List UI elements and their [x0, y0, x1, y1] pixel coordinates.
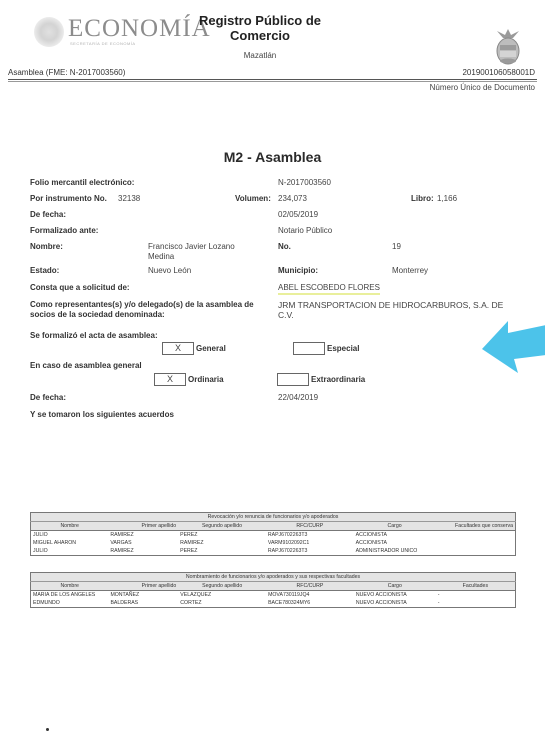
- col-header: Segundo apellido: [178, 582, 266, 591]
- folio-label: Folio mercantil electrónico:: [30, 178, 134, 187]
- cell-primer-apellido: BALDERAS: [108, 599, 178, 608]
- col-header: Segundo apellido: [178, 522, 266, 531]
- assembly-reference: Asamblea (FME: N-2017003560): [8, 68, 125, 77]
- scan-speck: [46, 728, 49, 731]
- col-header: Primer apellido: [108, 582, 178, 591]
- formalizado-label: Formalizado ante:: [30, 226, 98, 235]
- cell-segundo-apellido: PEREZ: [178, 547, 266, 556]
- cell-cargo: NUEVO ACCIONISTA: [354, 591, 436, 600]
- cell-nombre: MARIA DE LOS ANGELES: [31, 591, 109, 600]
- fecha-label: De fecha:: [30, 210, 66, 219]
- general-checkbox[interactable]: X: [162, 342, 194, 355]
- cell-facultades: [436, 531, 516, 540]
- estado-value: Nuevo León: [148, 266, 191, 275]
- sinaloa-state-seal-icon: [493, 25, 523, 65]
- fecha-value: 02/05/2019: [278, 210, 318, 219]
- cell-rfc: MOVA730119JQ4: [266, 591, 354, 600]
- col-header: Facultades que conserva: [436, 522, 516, 531]
- table-row: JULIO RAMIREZ PEREZ RAPJ6702263T3 ACCION…: [31, 531, 516, 540]
- cell-primer-apellido: RAMIREZ: [108, 547, 178, 556]
- header-divider: [8, 79, 537, 80]
- city-label: Mazatlán: [190, 51, 330, 60]
- cell-facultades: -: [436, 591, 516, 600]
- nombre-value-line2: Medina: [148, 252, 174, 261]
- cell-facultades: [436, 547, 516, 556]
- col-header: Nombre: [31, 522, 109, 531]
- document-number: 201900106058001D: [462, 68, 535, 77]
- municipio-label: Municipio:: [278, 266, 318, 275]
- solicitud-label: Consta que a solicitud de:: [30, 283, 130, 292]
- registry-title: Registro Público de Comercio: [190, 13, 330, 43]
- libro-label: Libro:: [411, 194, 434, 203]
- revocacion-table-header: Nombre Primer apellido Segundo apellido …: [31, 522, 516, 531]
- nombramiento-table-caption: Nombramiento de funcionarios y/o apodera…: [31, 573, 516, 582]
- cell-nombre: MIGUEL AHARON: [31, 539, 109, 547]
- section-title: M2 - Asamblea: [0, 149, 545, 165]
- folio-value: N-2017003560: [278, 178, 331, 187]
- volumen-value: 234,073: [278, 194, 307, 203]
- blue-arrow-annotation-icon: [478, 315, 545, 375]
- fecha2-value: 22/04/2019: [278, 393, 318, 402]
- cell-nombre: EDMUNDO: [31, 599, 109, 608]
- col-header: Primer apellido: [108, 522, 178, 531]
- cell-rfc: BACE780324MY6: [266, 599, 354, 608]
- nombre-value-line1: Francisco Javier Lozano: [148, 242, 235, 251]
- cell-rfc: VARM9102092C1: [266, 539, 354, 547]
- cell-primer-apellido: MONTAÑEZ: [108, 591, 178, 600]
- nombramiento-table-header: Nombre Primer apellido Segundo apellido …: [31, 582, 516, 591]
- col-header: Nombre: [31, 582, 109, 591]
- economia-logo-subtitle: SECRETARÍA DE ECONOMÍA: [70, 41, 136, 46]
- sociedad-value-line1: JRM TRANSPORTACION DE HIDROCARBUROS, S.A…: [278, 300, 503, 310]
- cell-primer-apellido: RAMIREZ: [108, 531, 178, 540]
- estado-label: Estado:: [30, 266, 59, 275]
- cell-nombre: JULIO: [31, 531, 109, 540]
- formalizo-label: Se formalizó el acta de asamblea:: [30, 331, 158, 340]
- header-divider-thin: [8, 81, 537, 82]
- solicitud-value: ABEL ESCOBEDO FLORES: [278, 283, 380, 295]
- no-value: 19: [392, 242, 401, 251]
- col-header: RFC/CURP: [266, 522, 354, 531]
- cell-facultades: -: [436, 599, 516, 608]
- cell-rfc: RAPJ6702263T3: [266, 547, 354, 556]
- cell-segundo-apellido: PEREZ: [178, 531, 266, 540]
- especial-checkbox[interactable]: [293, 342, 325, 355]
- table-row: EDMUNDO BALDERAS CORTEZ BACE780324MY6 NU…: [31, 599, 516, 608]
- revocacion-table-caption: Revocación y/o renuncia de funcionarios …: [31, 513, 516, 522]
- revocacion-table: Revocación y/o renuncia de funcionarios …: [30, 512, 516, 556]
- general-label: General: [196, 344, 226, 353]
- table-row: MARIA DE LOS ANGELES MONTAÑEZ VELAZQUEZ …: [31, 591, 516, 600]
- ordinaria-checkbox[interactable]: X: [154, 373, 186, 386]
- document-number-label: Número Único de Documento: [430, 83, 535, 92]
- municipio-value: Monterrey: [392, 266, 428, 275]
- cell-nombre: JULIO: [31, 547, 109, 556]
- cell-cargo: ACCIONISTA: [354, 531, 436, 540]
- cell-segundo-apellido: RAMIREZ: [178, 539, 266, 547]
- fecha2-label: De fecha:: [30, 393, 66, 402]
- extraordinaria-checkbox[interactable]: [277, 373, 309, 386]
- col-header: Cargo: [354, 522, 436, 531]
- cell-cargo: NUEVO ACCIONISTA: [354, 599, 436, 608]
- cell-cargo: ADMINISTRADOR UNICO: [354, 547, 436, 556]
- libro-value: 1,166: [437, 194, 457, 203]
- col-header: Facultades: [436, 582, 516, 591]
- nombramiento-table: Nombramiento de funcionarios y/o apodera…: [30, 572, 516, 608]
- caso-label: En caso de asamblea general: [30, 361, 142, 370]
- cell-facultades: [436, 539, 516, 547]
- table-row: JULIO RAMIREZ PEREZ RAPJ6702263T3 ADMINI…: [31, 547, 516, 556]
- cell-rfc: RAPJ6702263T3: [266, 531, 354, 540]
- instrumento-label: Por instrumento No.: [30, 194, 107, 203]
- col-header: Cargo: [354, 582, 436, 591]
- formalizado-value: Notario Público: [278, 226, 332, 235]
- volumen-label: Volumen:: [235, 194, 271, 203]
- ordinaria-label: Ordinaria: [188, 375, 224, 384]
- cell-cargo: ACCIONISTA: [354, 539, 436, 547]
- sociedad-value-line2: C.V.: [278, 310, 294, 320]
- no-label: No.: [278, 242, 291, 251]
- table-row: MIGUEL AHARON VARGAS RAMIREZ VARM9102092…: [31, 539, 516, 547]
- nombre-label: Nombre:: [30, 242, 63, 251]
- cell-segundo-apellido: VELAZQUEZ: [178, 591, 266, 600]
- instrumento-value: 32138: [118, 194, 140, 203]
- col-header: RFC/CURP: [266, 582, 354, 591]
- representantes-label-line2: socios de la sociedad denominada:: [30, 310, 165, 319]
- especial-label: Especial: [327, 344, 359, 353]
- representantes-label-line1: Como representantes(s) y/o delegado(s) d…: [30, 300, 254, 309]
- acuerdos-label: Y se tomaron los siguientes acuerdos: [30, 410, 174, 419]
- cell-segundo-apellido: CORTEZ: [178, 599, 266, 608]
- mexico-seal-logo-icon: [34, 17, 64, 47]
- cell-primer-apellido: VARGAS: [108, 539, 178, 547]
- extraordinaria-label: Extraordinaria: [311, 375, 365, 384]
